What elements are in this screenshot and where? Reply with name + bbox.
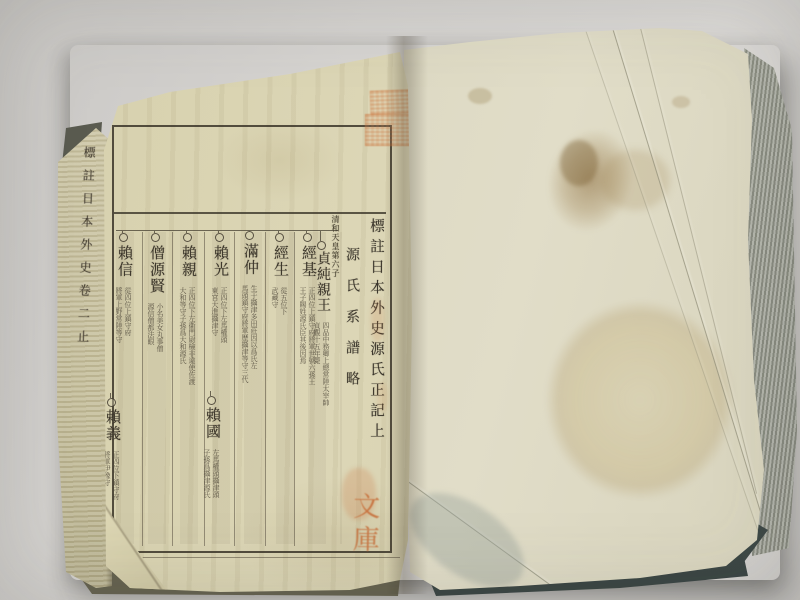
- genealogy-note: 生于攝津多田莊因以爲氏左: [249, 285, 258, 546]
- stain: [672, 96, 690, 108]
- genealogy-note: 四品中務卿上總常陸太宰帥: [321, 322, 330, 546]
- generation-rule: [116, 230, 338, 231]
- ring-icon: [303, 233, 312, 242]
- ring-icon: [107, 398, 116, 407]
- genealogy-notes: 正四位上鎮守府將軍世號六孫王王子賜姓源氏臣其後因焉: [296, 287, 316, 546]
- genealogy-notes: 左馬權頭攝津頭子孫爲攝津源氏: [200, 449, 220, 546]
- genealogy-note: 源信僧都法眼: [146, 303, 155, 546]
- column-separator: [265, 232, 266, 546]
- stain: [468, 88, 492, 104]
- ring-icon: [245, 231, 254, 240]
- library-seal: 文庫: [343, 492, 383, 563]
- column-separator: [172, 232, 173, 546]
- column-separator: [142, 232, 143, 546]
- column-separator: [294, 232, 295, 546]
- genealogy-notes: 從五位下武藏守: [268, 287, 288, 546]
- stain: [545, 300, 735, 500]
- ring-icon: [119, 233, 128, 242]
- gutter-shadow: [386, 36, 428, 594]
- headnote-rule: [114, 212, 386, 214]
- photo-scene: 標註日本外史卷二止 標註日本外史源氏正記上 源氏系譜略 清和天皇第六子 貞純親王…: [0, 0, 800, 600]
- genealogy-note: 正四位下左衞門尉檢非違使佐渡: [187, 287, 196, 546]
- genealogy-note: 從五位下: [279, 287, 288, 546]
- ring-icon: [151, 233, 160, 242]
- genealogy-note: 大和等守子孫爲大和源氏: [178, 287, 187, 546]
- genealogy-note: 武藏守: [270, 287, 279, 546]
- section-title: 源氏系譜略: [342, 247, 362, 412]
- ring-icon: [215, 233, 224, 242]
- connector-stem: [320, 231, 321, 241]
- genealogy-note: 從四位上鎮守府: [123, 287, 132, 546]
- column-separator: [234, 232, 235, 546]
- genealogy-note: 馬頭鎮守府將軍歷攝津等守三代: [240, 285, 249, 546]
- genealogy-note: 左馬權頭攝津頭: [211, 449, 220, 546]
- genealogy-note: 小名美女丸事僧: [155, 303, 164, 546]
- genealogy-notes: 生于攝津多田莊因以爲氏左馬頭鎮守府將軍歷攝津等守三代: [238, 285, 258, 546]
- ring-icon: [183, 233, 192, 242]
- ring-icon: [207, 396, 216, 405]
- stain: [560, 140, 598, 186]
- seal-bleed: [371, 298, 384, 342]
- genealogy-note: 子孫爲攝津源氏: [202, 449, 211, 546]
- genealogy-note: 正四位上鎮守府將軍世號六孫王: [307, 287, 316, 546]
- genealogy-notes: 正四位下左衞門尉檢非違使佐渡大和等守子孫爲大和源氏: [176, 287, 196, 546]
- genealogy-note: 王子賜姓源氏臣其後因焉: [298, 287, 307, 546]
- genealogy-notes: 小名美女丸事僧源信僧都法眼: [144, 303, 164, 546]
- ring-icon: [275, 233, 284, 242]
